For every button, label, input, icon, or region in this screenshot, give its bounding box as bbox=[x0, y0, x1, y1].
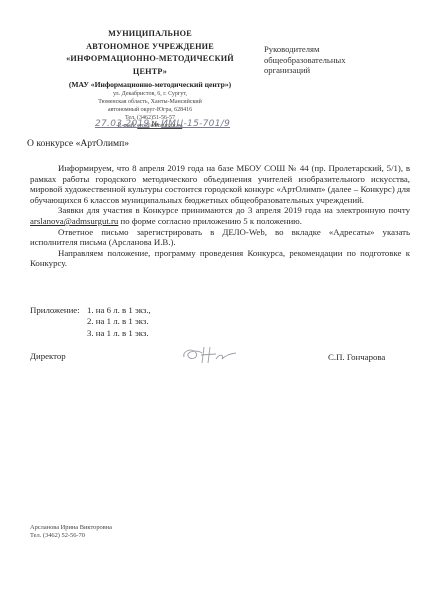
attachments: Приложение: 1. на 6 л. в 1 экз., 2. на 1… bbox=[30, 305, 151, 339]
executor-phone: Тел. (3462) 52-56-70 bbox=[30, 532, 112, 540]
org-name-line: «ИНФОРМАЦИОННО-МЕТОДИЧЕСКИЙ bbox=[55, 53, 245, 66]
paragraph: Информируем, что 8 апреля 2019 года на б… bbox=[30, 163, 410, 205]
addressee-line: общеобразовательных bbox=[264, 55, 346, 66]
address-line: ул. Декабристов, 6, г. Сургут, bbox=[55, 90, 245, 98]
attachment-item: 3. на 1 л. в 1 экз. bbox=[87, 328, 151, 339]
contact-email-link[interactable]: arslanova@admsurgut.ru bbox=[30, 216, 118, 226]
address-line: автономный округ-Югра, 628416 bbox=[55, 106, 245, 114]
reg-number: ИМЦ-15-701/9 bbox=[161, 119, 230, 129]
attachment-item: 1. на 6 л. в 1 экз., bbox=[87, 305, 151, 316]
addressee: Руководителям общеобразовательных органи… bbox=[264, 44, 346, 76]
registration-number: 27.03.2019№ИМЦ-15-701/9 bbox=[95, 119, 230, 129]
org-name-line: МУНИЦИПАЛЬНОЕ bbox=[55, 28, 245, 41]
paragraph: Ответное письмо зарегистрировать в ДЕЛО-… bbox=[30, 227, 410, 248]
address-line: Тюменская область, Ханты-Мансийский bbox=[55, 98, 245, 106]
attachments-label: Приложение: bbox=[30, 305, 87, 316]
org-name-line: АВТОНОМНОЕ УЧРЕЖДЕНИЕ bbox=[55, 41, 245, 54]
document-page: МУНИЦИПАЛЬНОЕ АВТОНОМНОЕ УЧРЕЖДЕНИЕ «ИНФ… bbox=[0, 0, 424, 600]
reg-date: 27.03.2019 bbox=[95, 119, 150, 129]
letter-subject: О конкурсе «АртОлимп» bbox=[27, 138, 129, 149]
letterhead: МУНИЦИПАЛЬНОЕ АВТОНОМНОЕ УЧРЕЖДЕНИЕ «ИНФ… bbox=[55, 28, 245, 130]
signer-title: Директор bbox=[30, 351, 66, 361]
attachment-item: 2. на 1 л. в 1 экз. bbox=[87, 316, 151, 327]
addressee-line: Руководителям bbox=[264, 44, 346, 55]
org-short-name: (МАУ «Информационно-методический центр») bbox=[55, 79, 245, 90]
paragraph-text: Заявки для участия в Конкурсе принимаютс… bbox=[58, 205, 410, 215]
addressee-line: организаций bbox=[264, 65, 346, 76]
org-name-line: ЦЕНТР» bbox=[55, 66, 245, 79]
signer-name: С.П. Гончарова bbox=[328, 352, 385, 362]
handwritten-signature-icon bbox=[180, 343, 250, 372]
paragraph-text: по форме согласно приложению 5 к положен… bbox=[118, 216, 302, 226]
paragraph: Направляем положение, программу проведен… bbox=[30, 248, 410, 269]
number-sign: № bbox=[152, 120, 160, 128]
executor-info: Арсланова Ирина Викторовна Тел. (3462) 5… bbox=[30, 524, 112, 540]
letter-body: Информируем, что 8 апреля 2019 года на б… bbox=[30, 163, 410, 269]
executor-name: Арсланова Ирина Викторовна bbox=[30, 524, 112, 532]
paragraph: Заявки для участия в Конкурсе принимаютс… bbox=[30, 205, 410, 226]
